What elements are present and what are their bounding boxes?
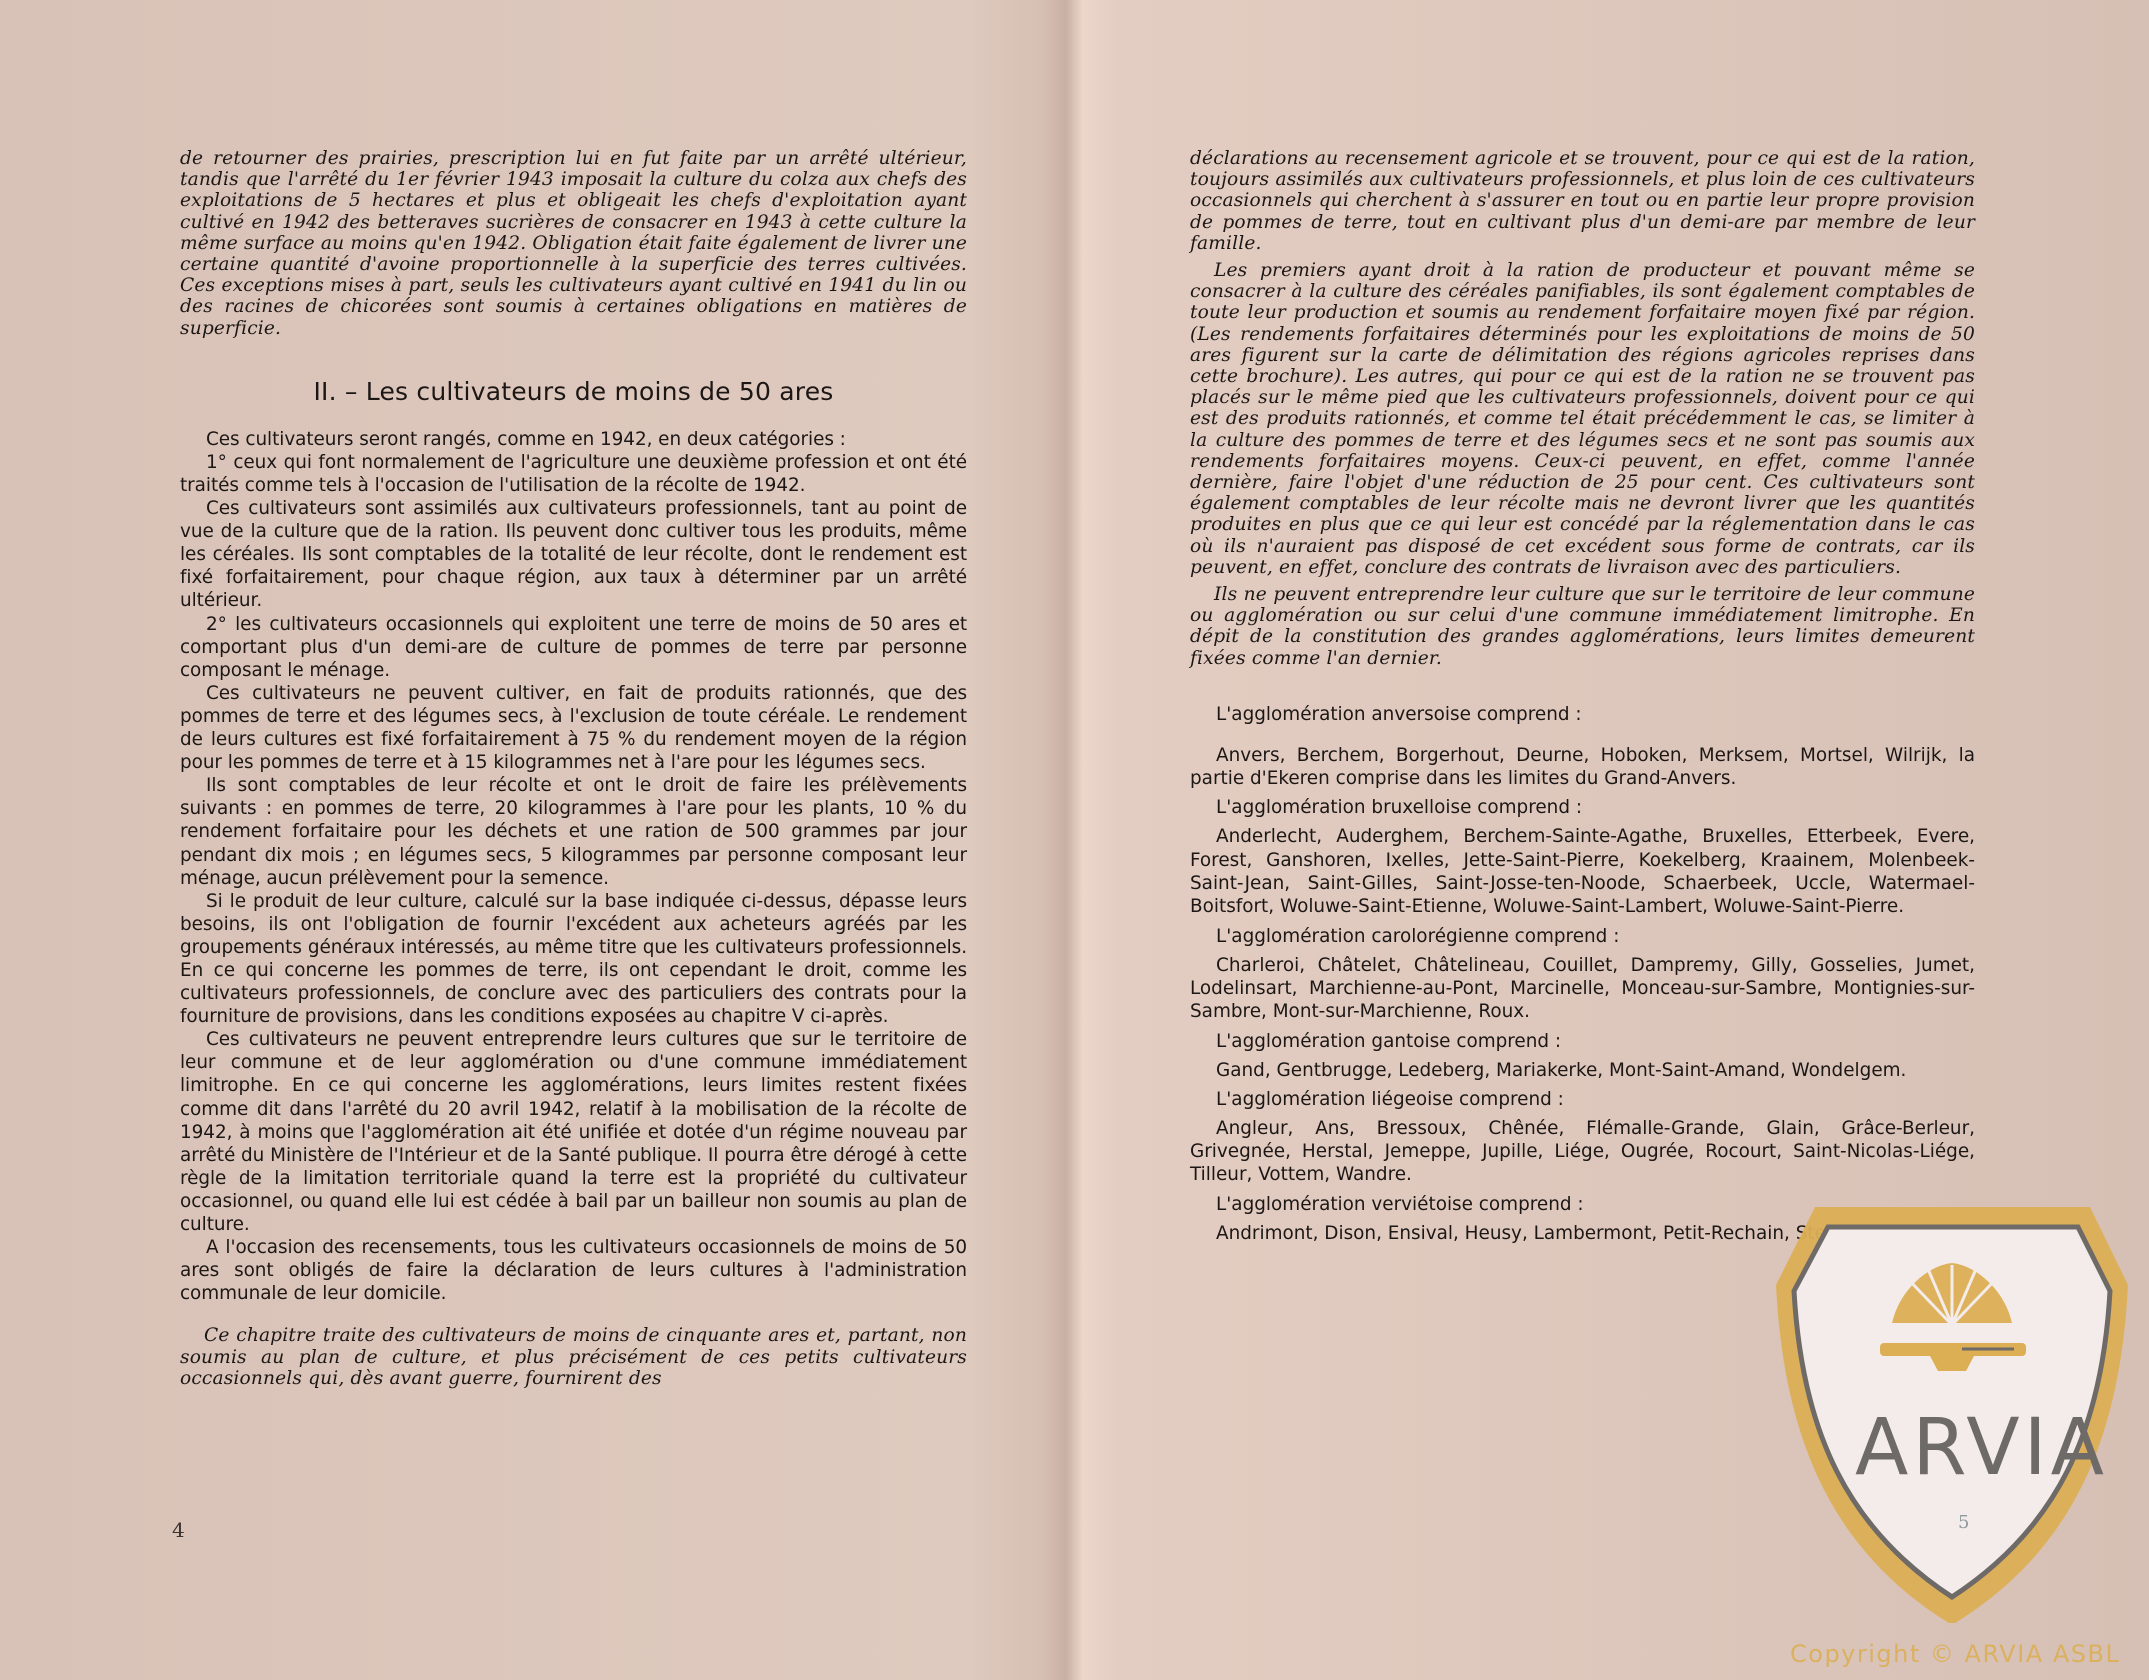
paragraph: Ces cultivateurs sont assimilés aux cult…: [180, 497, 967, 612]
agglomeration-label: L'agglomération anversoise comprend :: [1190, 703, 1975, 726]
agglomeration-communes: Angleur, Ans, Bressoux, Chênée, Flémalle…: [1190, 1117, 1975, 1187]
agglomeration-communes: Charleroi, Châtelet, Châtelineau, Couill…: [1190, 954, 1975, 1024]
paragraph: 1° ceux qui font normalement de l'agricu…: [180, 451, 967, 497]
copyright-notice: Copyright © ARVIA ASBL: [1790, 1640, 2120, 1668]
paragraph: Ces cultivateurs seront rangés, comme en…: [180, 428, 967, 451]
paragraph: Ces cultivateurs ne peuvent entreprendre…: [180, 1028, 967, 1236]
left-text-column: de retourner des prairies, prescription …: [180, 148, 967, 1389]
agglomeration-communes: Anvers, Berchem, Borgerhout, Deurne, Hob…: [1190, 744, 1975, 791]
italic-paragraph: déclarations au recensement agricole et …: [1190, 148, 1975, 254]
agglomeration-communes: Andrimont, Dison, Ensival, Heusy, Lamber…: [1190, 1222, 1975, 1245]
page-number-left: 4: [172, 1518, 185, 1542]
italic-paragraph: Les premiers ayant droit à la ration de …: [1190, 260, 1975, 578]
agglomeration-label: L'agglomération verviétoise comprend :: [1190, 1193, 1975, 1216]
left-page: de retourner des prairies, prescription …: [0, 0, 1072, 1680]
section-heading: II. – Les cultivateurs de moins de 50 ar…: [180, 377, 967, 406]
paragraph: Ces cultivateurs ne peuvent cultiver, en…: [180, 682, 967, 774]
agglomeration-communes: Anderlecht, Auderghem, Berchem-Sainte-Ag…: [1190, 825, 1975, 918]
paragraph: A l'occasion des recensements, tous les …: [180, 1236, 967, 1305]
agglomeration-label: L'agglomération gantoise comprend :: [1190, 1030, 1975, 1053]
italic-paragraph: Ils ne peuvent entreprendre leur culture…: [1190, 584, 1975, 669]
agglomeration-label: L'agglomération bruxelloise comprend :: [1190, 796, 1975, 819]
agglomeration-label: L'agglomération liégeoise comprend :: [1190, 1088, 1975, 1111]
paragraph: 2° les cultivateurs occasionnels qui exp…: [180, 613, 967, 682]
paragraph: Si le produit de leur culture, calculé s…: [180, 890, 967, 1029]
right-text-column: déclarations au recensement agricole et …: [1190, 148, 1975, 1251]
paragraph: Ils sont comptables de leur récolte et o…: [180, 774, 967, 889]
intro-italic-paragraph: de retourner des prairies, prescription …: [180, 148, 967, 339]
closing-italic-paragraph: Ce chapitre traite des cultivateurs de m…: [180, 1325, 967, 1389]
page-number-right: 5: [1958, 1512, 1969, 1533]
book-spread: de retourner des prairies, prescription …: [0, 0, 2149, 1680]
agglomeration-communes: Gand, Gentbrugge, Ledeberg, Mariakerke, …: [1190, 1059, 1975, 1082]
agglomeration-label: L'agglomération carolorégienne comprend …: [1190, 925, 1975, 948]
